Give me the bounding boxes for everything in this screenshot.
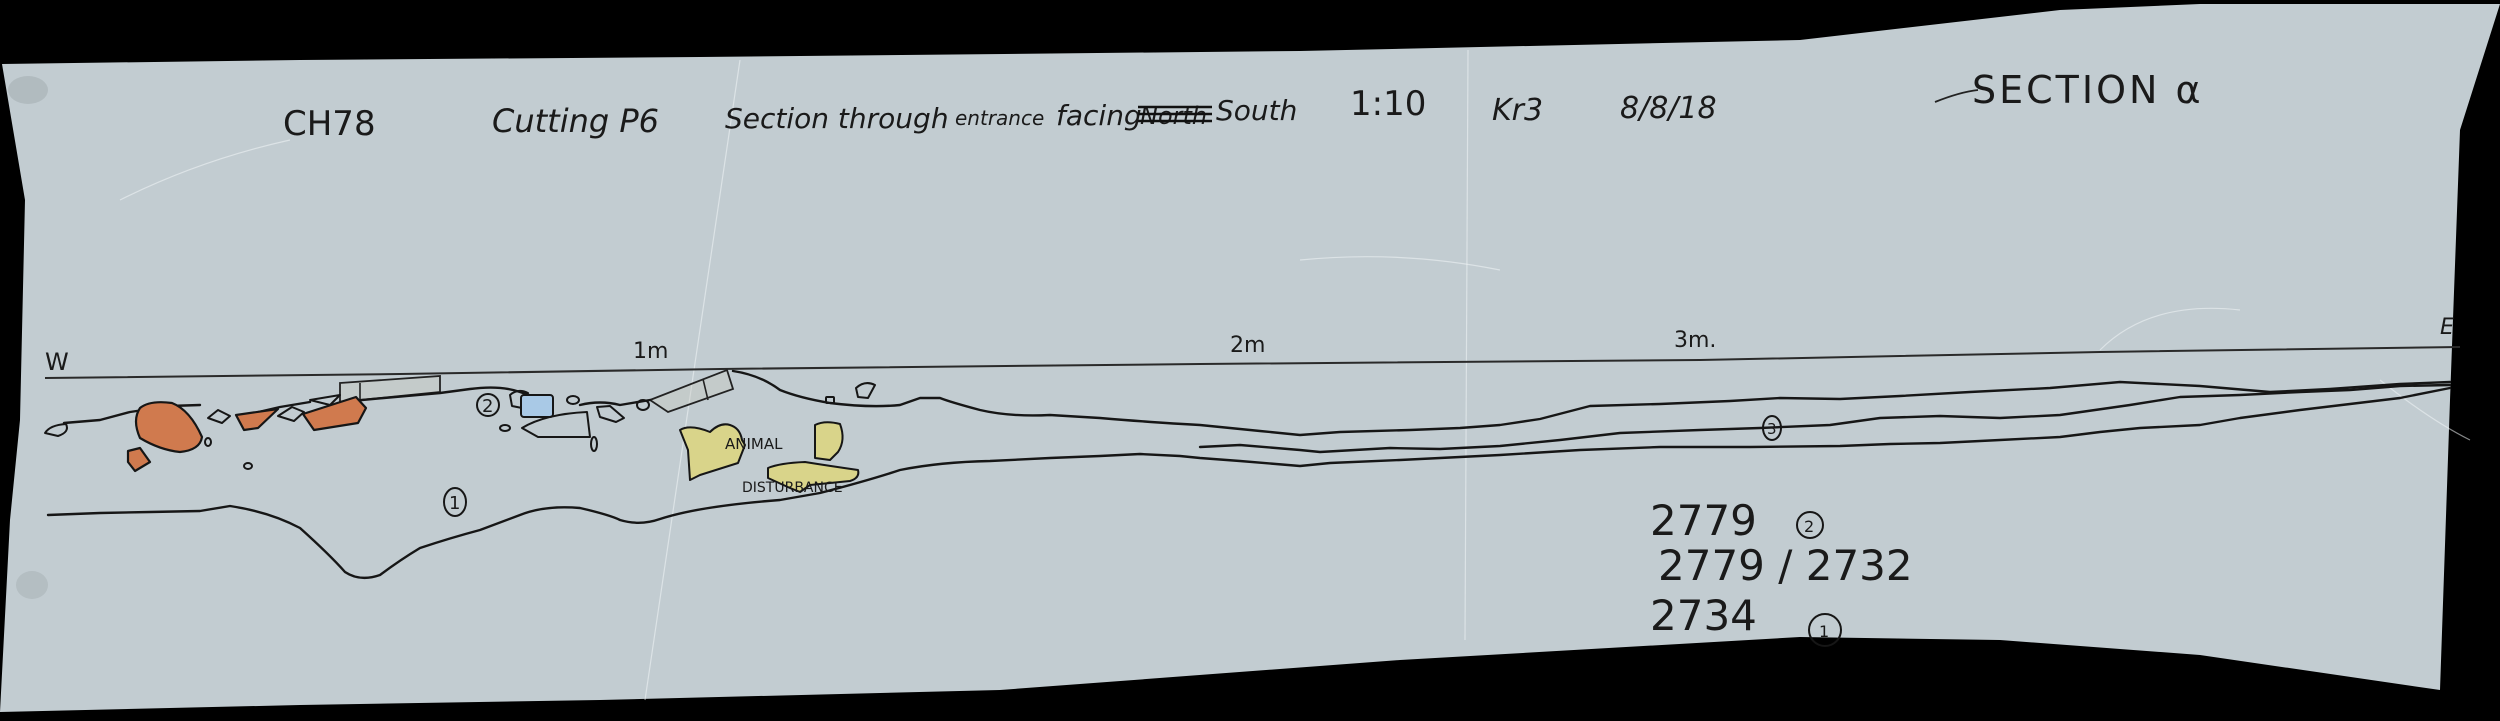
section-title: SECTION α [1972,68,2204,112]
blue-object [521,395,553,417]
section-drawing-scan: CH78 Cutting P6 Section through entrance… [0,0,2500,721]
section-description-2: entrance [955,106,1044,130]
svg-text:1: 1 [1819,622,1829,641]
site-code: CH78 [283,104,376,144]
scale-mark-2m: 2m [1230,333,1265,358]
drawing-date: 8/8/18 [1620,91,1717,126]
svg-text:2734: 2734 [1650,591,1757,640]
east-label: E [2440,315,2454,340]
annotation-disturbance: DISTURBANCE [742,480,843,496]
annotation-animal: ANIMAL [725,435,783,453]
struck-word: North [1138,102,1212,130]
draughtsman-initials: Kr3 [1492,93,1543,128]
facing-label: facing [1056,99,1142,132]
stain [16,571,48,599]
scale-mark-3m: 3m. [1674,328,1716,353]
scale-mark-1m: 1m [633,339,668,364]
facing-direction: South [1216,94,1297,127]
cutting-label: Cutting P6 [492,102,659,140]
svg-text:2779: 2779 [1650,496,1757,545]
stain [8,76,48,104]
svg-text:3: 3 [1767,420,1777,438]
svg-text:2: 2 [482,396,493,417]
svg-text:1: 1 [449,493,460,514]
drawing-scale: 1:10 [1350,84,1426,124]
section-description: Section through [725,102,949,135]
west-label: W [45,348,69,376]
context-note-line-2: 2779 / 2732 [1658,541,1913,590]
svg-text:2: 2 [1804,517,1814,536]
